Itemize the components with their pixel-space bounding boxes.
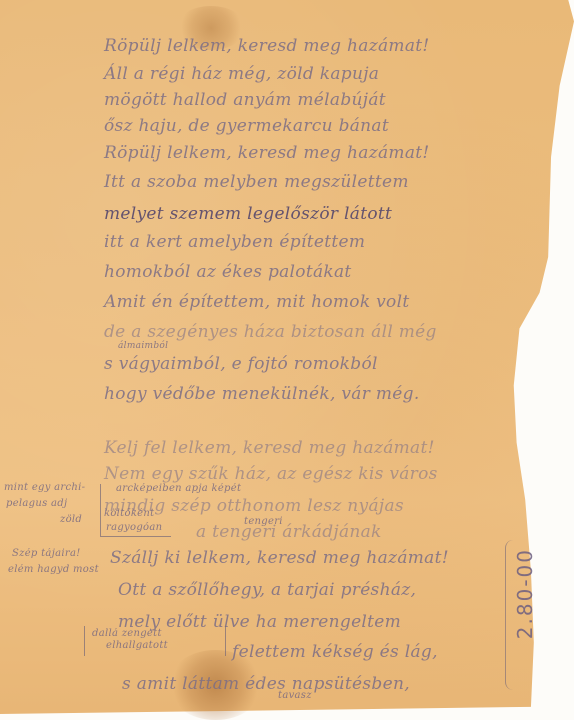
stanza1-line1: Röpülj lelkem, keresd meg hazámat! bbox=[104, 36, 430, 56]
stanza1-line3: mögött hallod anyám mélabúját bbox=[104, 90, 386, 110]
stanza1-line8: itt a kert amelyben építettem bbox=[104, 232, 365, 252]
stanza2-line4: hogy védőbe menekülnék, vár még. bbox=[104, 384, 420, 404]
stanza2-line2: de a szegényes háza biztosan áll még bbox=[104, 322, 437, 342]
stanza4-line4: felettem kékség és lág, bbox=[232, 642, 438, 662]
stanza1-line6: Itt a szoba melyben megszülettem bbox=[104, 172, 409, 192]
stanza2-line3: s vágyaimból, e fojtó romokból bbox=[104, 354, 378, 374]
margin-note-line2: pelagus adj bbox=[6, 498, 67, 509]
stanza3-line2: Nem egy szűk ház, az egész kis város bbox=[104, 464, 438, 484]
margin-note-line5: elém hagyd most bbox=[8, 564, 99, 575]
stanza4-insert-tavasz: tavasz bbox=[278, 690, 312, 701]
margin-note-line1: mint egy archi- bbox=[4, 482, 85, 493]
stanza1-line9: homokból az ékes palotákat bbox=[104, 262, 352, 282]
stanza4-line5: s amit láttam édes napsütésben, bbox=[122, 674, 410, 694]
stanza3-line1: Kelj fel lelkem, keresd meg hazámat! bbox=[104, 438, 435, 458]
price-note: 2.80-00 bbox=[513, 548, 537, 639]
margin-note-line3: zöld bbox=[60, 514, 82, 525]
stanza1-line7: melyet szemem legelőször látott bbox=[104, 204, 392, 224]
stanza1-line2: Áll a régi ház még, zöld kapuja bbox=[104, 64, 379, 84]
stanza2-insert: álmaimból bbox=[118, 341, 168, 351]
stanza4-line2: Ott a szőllőhegy, a tarjai présház, bbox=[118, 580, 416, 600]
stanza1-line5: Röpülj lelkem, keresd meg hazámat! bbox=[104, 143, 430, 163]
stanza2-line1: Amit én építettem, mit homok volt bbox=[104, 292, 409, 312]
stanza1-line4: ősz haju, de gyermekarcu bánat bbox=[104, 116, 389, 136]
stanza3-line4: a tengeri árkádjának bbox=[196, 522, 382, 542]
stanza4-line1: Szállj ki lelkem, keresd meg hazámat! bbox=[110, 548, 449, 568]
margin-note-line4: Szép tájaira! bbox=[12, 548, 81, 559]
stanza4-bracket bbox=[84, 626, 226, 656]
insert-bracket bbox=[100, 484, 171, 537]
